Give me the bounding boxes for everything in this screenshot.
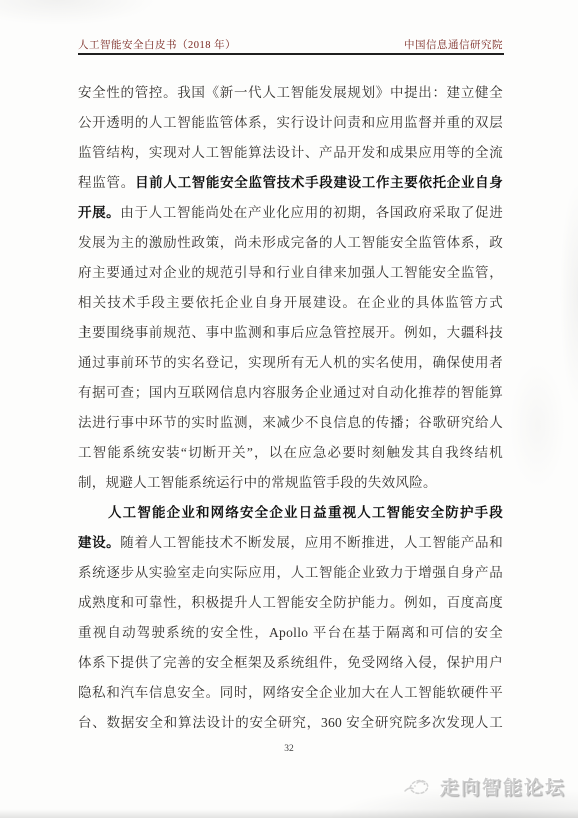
text-line: 人工智能企业和网络安全企业日益重视人工智能安全防护手段: [78, 498, 503, 528]
text-segment: 法进行事中环节的实时监测，来减少不良信息的传播；谷歌研究给人: [78, 415, 503, 430]
text-line: 有据可查；国内互联网信息内容服务企业通过对自动化推荐的智能算: [78, 378, 503, 408]
text-segment: 监管结构，实现对人工智能算法设计、产品开发和成果应用等的全流: [78, 145, 503, 160]
text-segment: 主要围绕事前规范、事中监测和事后应急管控展开。例如，大疆科技: [78, 325, 503, 340]
text-line: 通过事前环节的实名登记，实现所有无人机的实名使用，确保使用者: [78, 348, 503, 378]
bird-sketch-icon: [403, 772, 435, 800]
text-line: 主要围绕事前规范、事中监测和事后应急管控展开。例如，大疆科技: [78, 318, 503, 348]
text-segment: 安全性的管控。我国《新一代人工智能发展规划》中提出：建立健全: [78, 85, 503, 100]
header-rule: [78, 53, 504, 55]
text-segment: 发展为主的激励性政策，尚未形成完备的人工智能安全监管体系，政: [78, 235, 503, 250]
text-segment: 有据可查；国内互联网信息内容服务企业通过对自动化推荐的智能算: [78, 385, 503, 400]
text-segment: 随着人工智能技术不断发展，应用不断推进，人工智能产品和: [120, 535, 503, 550]
text-segment: 系统逐步从实验室走向实际应用，人工智能企业致力于增强自身产品: [78, 565, 503, 580]
text-line: 体系下提供了完善的安全框架及系统组件，免受网络入侵，保护用户: [78, 648, 503, 678]
text-segment: 体系下提供了完善的安全框架及系统组件，免受网络入侵，保护用户: [78, 655, 503, 670]
text-segment: 制，规避人工智能系统运行中的常规监管手段的失效风险。: [78, 475, 437, 490]
bold-text-segment: 目前人工智能安全监管技术手段建设工作主要依托企业自身: [135, 175, 503, 190]
text-line: 系统逐步从实验室走向实际应用，人工智能企业致力于增强自身产品: [78, 558, 503, 588]
text-segment: 成熟度和可靠性，积极提升人工智能安全防护能力。例如，百度高度: [78, 595, 503, 610]
text-segment: 程监管。: [78, 175, 135, 190]
text-segment: 由于人工智能尚处在产业化应用的初期，各国政府采取了促进: [120, 205, 503, 220]
header-right-org: 中国信息通信研究院: [404, 37, 503, 52]
text-line: 安全性的管控。我国《新一代人工智能发展规划》中提出：建立健全: [78, 78, 503, 108]
text-segment: 府主要通过对企业的规范引导和行业自律来加强人工智能安全监管，: [78, 265, 503, 280]
document-body: 安全性的管控。我国《新一代人工智能发展规划》中提出：建立健全公开透明的人工智能监…: [78, 78, 503, 738]
page-number: 32: [0, 744, 578, 754]
page-header: 人工智能安全白皮书（2018 年） 中国信息通信研究院: [78, 37, 503, 52]
forum-watermark-text: 走向智能论坛: [440, 773, 566, 800]
text-line: 府主要通过对企业的规范引导和行业自律来加强人工智能安全监管，: [78, 258, 503, 288]
bold-text-segment: 建设。: [78, 535, 120, 550]
text-line: 成熟度和可靠性，积极提升人工智能安全防护能力。例如，百度高度: [78, 588, 503, 618]
text-segment: 隐私和汽车信息安全。同时，网络安全企业加大在人工智能软硬件平: [78, 685, 503, 700]
text-line: 隐私和汽车信息安全。同时，网络安全企业加大在人工智能软硬件平: [78, 678, 503, 708]
text-line: 开展。由于人工智能尚处在产业化应用的初期，各国政府采取了促进: [78, 198, 503, 228]
bold-text-segment: 人工智能企业和网络安全企业日益重视人工智能安全防护手段: [108, 505, 503, 520]
text-segment: 工智能系统安装“切断开关”，以在应急必要时刻触发其自我终结机: [78, 445, 503, 460]
text-line: 相关技术手段主要依托企业自身开展建设。在企业的具体监管方式上，: [78, 288, 503, 318]
text-segment: 公开透明的人工智能监管体系，实行设计问责和应用监督并重的双层: [78, 115, 503, 130]
text-line: 工智能系统安装“切断开关”，以在应急必要时刻触发其自我终结机: [78, 438, 503, 468]
text-line: 发展为主的激励性政策，尚未形成完备的人工智能安全监管体系，政: [78, 228, 503, 258]
bold-text-segment: 开展。: [78, 205, 120, 220]
text-segment: 通过事前环节的实名登记，实现所有无人机的实名使用，确保使用者: [78, 355, 503, 370]
text-line: 台、数据安全和算法设计的安全研究，360 安全研究院多次发现人工: [78, 708, 503, 738]
text-line: 公开透明的人工智能监管体系，实行设计问责和应用监督并重的双层: [78, 108, 503, 138]
document-page: 人工智能安全白皮书（2018 年） 中国信息通信研究院 安全性的管控。我国《新一…: [0, 0, 578, 818]
forum-watermark: 走向智能论坛: [403, 772, 566, 800]
text-line: 法进行事中环节的实时监测，来减少不良信息的传播；谷歌研究给人: [78, 408, 503, 438]
text-line: 重视自动驾驶系统的安全性，Apollo 平台在基于隔离和可信的安全: [78, 618, 503, 648]
text-line: 监管结构，实现对人工智能算法设计、产品开发和成果应用等的全流: [78, 138, 503, 168]
text-line: 制，规避人工智能系统运行中的常规监管手段的失效风险。: [78, 468, 503, 498]
text-segment: 台、数据安全和算法设计的安全研究，360 安全研究院多次发现人工: [78, 715, 503, 730]
text-line: 建设。随着人工智能技术不断发展，应用不断推进，人工智能产品和: [78, 528, 503, 558]
text-line: 程监管。目前人工智能安全监管技术手段建设工作主要依托企业自身: [78, 168, 503, 198]
header-left-title: 人工智能安全白皮书（2018 年）: [78, 37, 236, 52]
text-segment: 重视自动驾驶系统的安全性，Apollo 平台在基于隔离和可信的安全: [78, 625, 503, 640]
